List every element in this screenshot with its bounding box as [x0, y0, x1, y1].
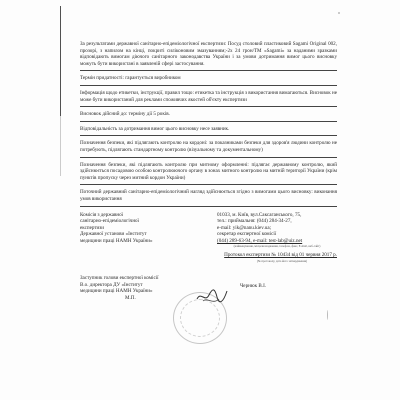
border-control-text: Позначення безпеки, які підлягають контр…: [80, 140, 337, 153]
validity-section: Висновок дійсний до: терміну дії 5 років…: [80, 111, 337, 122]
conclusion-section: За результатами державної санітарно-епід…: [80, 41, 337, 71]
binding-edge: [60, 6, 61, 116]
protocol-text: Протокол експертизи № 10434 від 01 червн…: [80, 252, 337, 259]
phone-email-caption: (найменування, місцезнаходження, телефон…: [217, 244, 337, 248]
address-line: секретар експертної комісії: [217, 231, 337, 238]
signatory-name: Чернюк В.І.: [240, 275, 266, 301]
commission-address: 01033, м. Київ, вул.Саксаганського, 75, …: [217, 212, 337, 249]
position-line: Заступник голови експертної комісії: [80, 275, 200, 282]
contact-block: Комісія з державної санітарно-епідеміоло…: [80, 212, 337, 249]
customs-control-section: Позначення безпеки, які підлягають контр…: [80, 162, 337, 186]
address-line: тел.: приймальня: (044) 284-34-27,: [217, 218, 337, 225]
commission-name: Комісія з державної санітарно-епідеміоло…: [80, 212, 200, 249]
info-paragraph: Інформація щодо етикетки, інструкції, пр…: [80, 90, 337, 103]
supervision-text: Поточний державний санітарно-епідеміолог…: [80, 189, 337, 202]
position-line: медицини праці НАМН України»: [80, 288, 200, 295]
phone-email: (044) 289-63-94, e-mail: test-lab@uiz.ne…: [217, 238, 337, 245]
binding-edge-faint: [60, 116, 61, 176]
org-line: Державної установи «Інститут: [80, 231, 200, 238]
org-line: експертизи: [80, 225, 200, 232]
border-control-section: Позначення безпеки, які підлягають контр…: [80, 140, 337, 157]
position-line: В.о. директора ДУ «Інститут: [80, 282, 200, 289]
validity-text: Висновок дійсний до: терміну дії 5 років…: [80, 111, 337, 118]
scan-speck: [338, 12, 340, 14]
info-section: Інформація щодо етикетки, інструкції, пр…: [80, 90, 337, 107]
conclusion-paragraph: За результатами державної санітарно-епід…: [80, 41, 337, 67]
scan-speck: [327, 310, 328, 320]
document-body: За результатами державної санітарно-епід…: [80, 41, 337, 301]
responsibility-text: Відповідальність за дотримання вимог цьо…: [80, 126, 337, 133]
document-page: За результатами державної санітарно-епід…: [0, 0, 400, 400]
customs-control-text: Позначення безпеки, які підлягають контр…: [80, 162, 337, 182]
supervision-section: Поточний державний санітарно-епідеміолог…: [80, 189, 337, 206]
org-line: медицини праці НАМН України»: [80, 238, 200, 245]
protocol-block: Протокол експертизи № 10434 від 01 червн…: [80, 252, 337, 263]
org-line: Комісія з державної: [80, 212, 200, 219]
shelf-life-section: Термін придатності: гарантується виробни…: [80, 75, 337, 86]
shelf-life: Термін придатності: гарантується виробни…: [80, 75, 337, 82]
org-line: санітарно-епідеміологічної: [80, 218, 200, 225]
protocol-caption: (№ протоколу, дата його затвердження): [80, 259, 337, 263]
address-line: e-mail: yik@nanu.kiev.ua;: [217, 225, 337, 232]
handwritten-signature-icon: [195, 287, 229, 307]
responsibility-section: Відповідальність за дотримання вимог цьо…: [80, 126, 337, 137]
